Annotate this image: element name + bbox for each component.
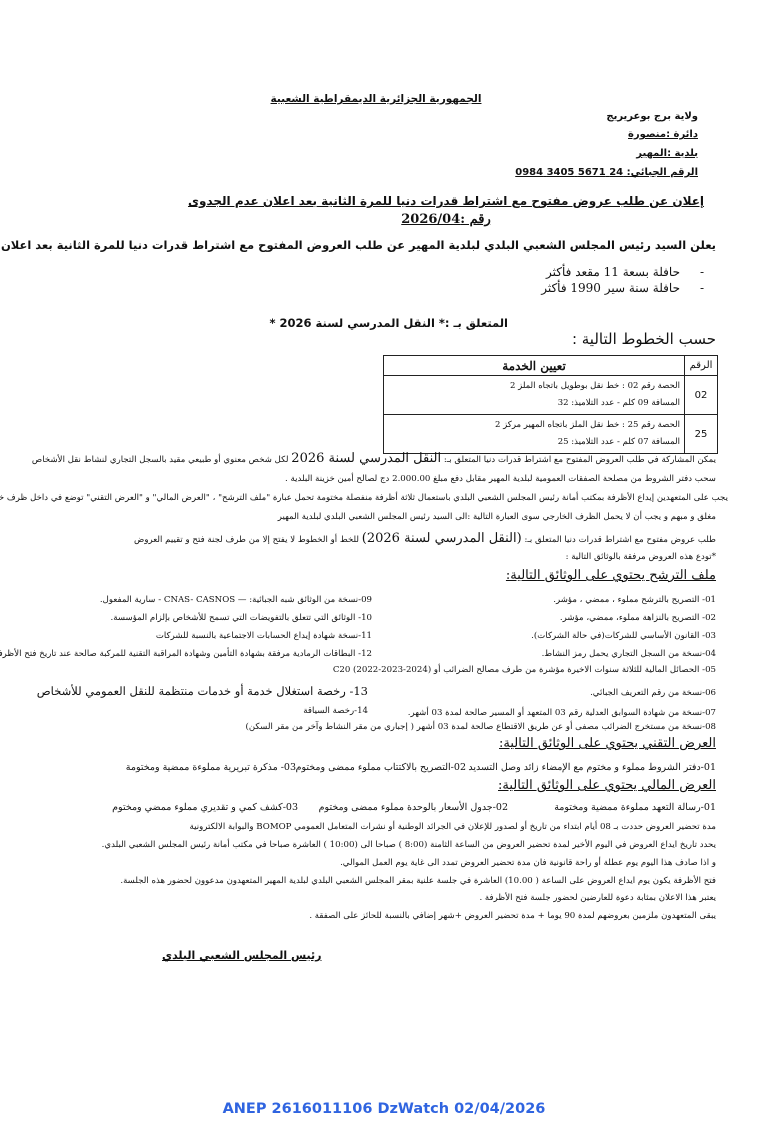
- deposit-paragraph: يجب على المتعهدين إيداع الأظرفة بمكتب أم…: [0, 493, 728, 503]
- para-text: يمكن المشاركة في طلب العروض المفتوح مع ا…: [444, 455, 716, 465]
- candidacy-item: 13- رخصة استغلال خدمة أو خدمات منتظمة لل…: [37, 684, 368, 698]
- technical-item: 02-التصريح بالاكتتاب مملوء ممضى ومختوم: [296, 762, 466, 773]
- table-row: 02 الحصة رقم 02 : خط نقل بوطويل باتجاه ا…: [384, 376, 718, 415]
- row-description: الحصة رقم 25 : خط نقل الملز باتجاه المهي…: [384, 415, 685, 454]
- closing-line: يحدد تاريخ ايداع العروض في اليوم الأخير …: [102, 840, 716, 850]
- attachments-note: *تودع هذه العروض مرفقة بالوثائق التالية …: [566, 552, 716, 562]
- announcement-page: الجمهورية الجزائرية الديمقراطية الشعبية …: [0, 0, 768, 1138]
- requirement-text: حافلة بسعة 11 مقعد فأكثر: [546, 265, 680, 279]
- envelope-text-paragraph: طلب عروض مفتوح مع اشتراط قدرات دنيا المت…: [134, 531, 716, 546]
- requirement-item: حافلة بسعة 11 مقعد فأكثر: [546, 265, 680, 279]
- candidacy-item: 06-نسخة من رقم التعريف الجبائي.: [590, 688, 716, 698]
- financial-item: 03-كشف كمي و تقديري مملوء ممضي ومختوم: [112, 802, 298, 813]
- requirement-text: حافلة سنة سير 1990 فأكثر: [541, 281, 680, 295]
- daira-label: دائرة :منصورة: [628, 129, 698, 140]
- envelope-paragraph: مغلق و مبهم و يجب أن لا يحمل الظرف الخار…: [278, 512, 716, 522]
- technical-heading: العرض التقني يحتوي على الوثائق التالية:: [499, 736, 716, 751]
- para-text: للخط أو الخطوط لا يفتح إلا من طرف لجنة ف…: [134, 535, 359, 545]
- related-to-label: المتعلق بـ :* النقل المدرسي لسنة 2026 *: [269, 316, 508, 330]
- table-header-row: الرقم تعيين الخدمة: [384, 356, 718, 376]
- republic-header: الجمهورية الجزائرية الديمقراطية الشعبية: [270, 93, 482, 105]
- bullet-dash: -: [700, 265, 704, 279]
- wilaya-label: ولاية برج بوعريريج: [606, 111, 698, 122]
- row-line: الحصة رقم 25 : خط نقل الملز باتجاه المهي…: [388, 417, 680, 434]
- header-service: تعيين الخدمة: [384, 356, 685, 376]
- para-text: لكل شخص معنوي أو طبيعي مقيد بالسجل التجا…: [32, 455, 289, 465]
- candidacy-item: 03- القانون الأساسي للشركات(في حالة الشر…: [531, 631, 716, 641]
- candidacy-item: 01- التصريح بالترشح مملوء ، ممضي ، مؤشر.: [553, 595, 716, 605]
- row-line: المسافة 09 كلم - عدد التلاميذ: 32: [388, 395, 680, 412]
- commune-label: بلدية :المهير: [636, 148, 698, 159]
- candidacy-item: 12- البطاقات الرمادية مرفقة بشهادة التأم…: [0, 649, 372, 659]
- candidacy-item: 02- التصريح بالنزاهة مملوء، ممضي، مؤشر.: [560, 613, 716, 623]
- announcement-number: رقم :2026/04: [176, 212, 716, 227]
- candidacy-item: 08-نسخة من مستخرج الضرائب مصفى أو عن طري…: [246, 722, 716, 732]
- candidacy-item: 09-نسخة من الوثائق شبه الجبائية: — CNAS-…: [100, 595, 372, 605]
- row-number: 02: [685, 376, 718, 415]
- header-number: الرقم: [685, 356, 718, 376]
- table-row: 25 الحصة رقم 25 : خط نقل الملز باتجاه ال…: [384, 415, 718, 454]
- requirement-item: حافلة سنة سير 1990 فأكثر: [541, 281, 680, 295]
- announcement-title: إعلان عن طلب عروض مفتوح مع اشتراط قدرات …: [176, 194, 716, 208]
- financial-item: 01-رسالة التعهد مملوءة ممضية ومختومة: [554, 802, 716, 813]
- row-line: الحصة رقم 02 : خط نقل بوطويل باتجاه المل…: [388, 378, 680, 395]
- service-table: الرقم تعيين الخدمة 02 الحصة رقم 02 : خط …: [383, 355, 718, 454]
- row-number: 25: [685, 415, 718, 454]
- closing-line: يبقى المتعهدون ملزمين بعروضهم لمدة 90 يو…: [309, 911, 716, 921]
- signature-label: رئيس المجلس الشعبي البلدي: [162, 949, 321, 962]
- candidacy-heading: ملف الترشح يحتوي على الوثائق التالية:: [506, 568, 716, 583]
- intro-text: يعلن السيد رئيس المجلس الشعبي البلدي لبل…: [0, 238, 716, 252]
- bullet-dash: -: [700, 281, 704, 295]
- candidacy-item: 10- الوثائق التي تتعلق بالتفويضات التي ت…: [111, 613, 372, 623]
- footer-reference: ANEP 2616011106 DzWatch 02/04/2026: [0, 1101, 768, 1117]
- technical-item: 03- مذكرة تبريرية مملوءة ممضية ومختومة: [126, 762, 296, 773]
- participation-paragraph: يمكن المشاركة في طلب العروض المفتوح مع ا…: [32, 451, 716, 466]
- candidacy-item: 07-نسخة من شهادة السوابق العدلية رقم 03 …: [408, 708, 716, 718]
- lines-heading: حسب الخطوط التالية :: [572, 330, 716, 348]
- financial-heading: العرض المالي يحتوي على الوثائق التالية:: [498, 778, 716, 793]
- closing-line: و اذا صادف هذا اليوم يوم عطلة أو راحة قا…: [340, 858, 716, 868]
- closing-line: يعتبر هذا الاعلان بمثابة دعوة للعارضين ل…: [479, 893, 716, 903]
- row-line: المسافة 07 كلم - عدد التلاميذ: 25: [388, 434, 680, 451]
- para-text: طلب عروض مفتوح مع اشتراط قدرات دنيا المت…: [524, 535, 716, 545]
- candidacy-item: 05- الحصائل المالية للثلاثة سنوات الاخير…: [333, 665, 716, 675]
- para-emphasis: (النقل المدرسي لسنة 2026): [362, 531, 522, 546]
- candidacy-item: 04-نسخة من السجل التجاري يحمل رمز النشاط…: [542, 649, 716, 659]
- row-description: الحصة رقم 02 : خط نقل بوطويل باتجاه المل…: [384, 376, 685, 415]
- closing-line: فتح الأظرفة يكون يوم ايداع العروض على ال…: [120, 876, 716, 886]
- tax-id-label: الرقم الجبائي: 24 5671 3405 0984: [515, 167, 698, 178]
- financial-item: 02-جدول الأسعار بالوحدة مملوء ممضى ومختو…: [319, 802, 508, 813]
- closing-line: مدة تحضير العروض حددت بـ 08 أيام ابتداء …: [190, 822, 716, 832]
- technical-item: 01-دفتر الشروط مملوء و مختوم مع الإمضاء …: [468, 762, 716, 773]
- para-emphasis: النقل المدرسي لسنة 2026: [291, 451, 441, 466]
- specs-paragraph: سحب دفتر الشروط من مصلحة الصفقات العمومي…: [285, 474, 716, 484]
- candidacy-item: 11-نسخة شهادة إيداع الحسابات الاجتماعية …: [156, 631, 372, 641]
- candidacy-item: 14-رخصة السياقة: [303, 706, 368, 716]
